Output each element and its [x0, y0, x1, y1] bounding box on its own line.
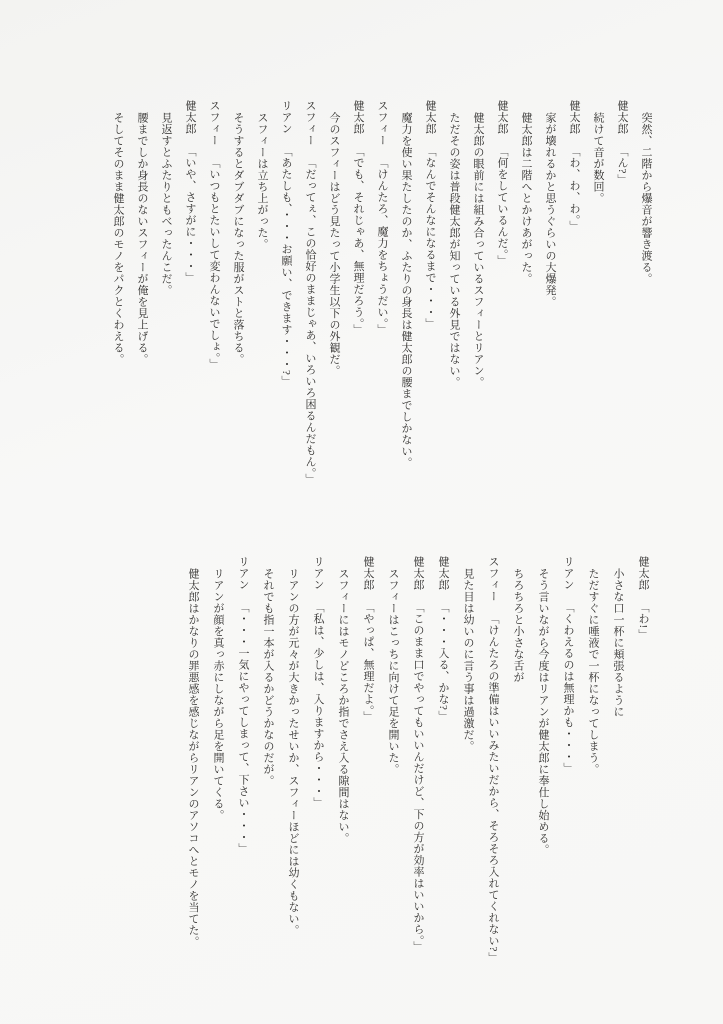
text-column-line: スフィー「だってぇ、この恰好のままじゃあ、いろいろ困るんだもん。」 — [298, 100, 322, 535]
line-text: 「私は、少しは、入りますから・・・」 — [312, 602, 324, 809]
text-column-line: 健太郎「でも、それじゃあ、無理だろう。」 — [346, 100, 370, 535]
line-text: 「けんたろ、魔力をちょうだい。」 — [376, 157, 388, 336]
text-column-line: それでも指一本が入るかどうかなのだが。 — [255, 556, 280, 1004]
text-column-line: 見た目は幼いのに言う事は過激だ。 — [455, 556, 480, 1004]
text-column-line: 健太郎「何をしているんだ。」 — [490, 100, 514, 535]
text-column-line: 健太郎「いや、さすがに・・・」 — [178, 100, 202, 535]
line-text: 「いつもとたいして変わんないでしょ。」 — [208, 157, 220, 370]
line-text: 「・・・一気にやってしまって、下さい・・・」 — [237, 602, 249, 855]
line-text: そう言いながら今度はリアンが健太郎に奉仕し始める。 — [537, 568, 549, 856]
line-text: ただその姿は普段健太郎が知っている外見ではない。 — [448, 112, 460, 388]
text-column-line: 腰までしか身長のないスフィーが俺を見上げる。 — [130, 100, 154, 535]
line-text: 見返すとふたりともべったんこだ。 — [160, 112, 172, 296]
line-text: ただすぐに唾液で一杯になってしまう。 — [587, 568, 599, 775]
line-text: 「・・・入る、かな?」 — [437, 602, 449, 722]
text-column-line: 健太郎「・・・入る、かな?」 — [430, 556, 455, 1004]
line-text: 「何をしているんだ。」 — [496, 146, 508, 267]
text-column-line: 健太郎「このまま口でやってもいいんだけど、下の方が効率はいいから。」 — [405, 556, 430, 1004]
text-column-line: 魔力を使い果たしたのか、ふたりの身長は健太郎の腰までしかない。 — [394, 100, 418, 535]
text-column-line: スフィーはこっちに向けて足を開いた。 — [380, 556, 405, 1004]
text-column-line: リアンの方が元々が大きかったせいか、スフィーほどには幼くもない。 — [280, 556, 305, 1004]
text-column-line: リアン「あたしも、・・・お願い、できます・・・?」 — [274, 100, 298, 535]
text-column-line: スフィーにはモノどころか指でさえ入る隙間はない。 — [330, 556, 355, 1004]
text-column-line: 突然、二階から爆音が響き渡る。 — [634, 100, 658, 535]
speaker-name: 健太郎 — [437, 556, 449, 602]
text-column-line: 健太郎はかなりの罪悪感を感じながらリアンのアソコへとモノを当てた。 — [180, 556, 205, 1004]
line-text: 「やっぱ、無理だよ。」 — [362, 602, 374, 723]
speaker-name: リアン — [562, 556, 574, 602]
text-column-line: 健太郎「やっぱ、無理だよ。」 — [355, 556, 380, 1004]
line-text: スフィーはこっちに向けて足を開いた。 — [387, 568, 399, 775]
line-text: 「くわえるのは無理かも・・・」 — [562, 602, 574, 775]
upper-text-block: 突然、二階から爆音が響き渡る。 健太郎「ん?」 続けて音が数回。 健太郎「わ、わ… — [106, 100, 658, 535]
speaker-name: スフィー — [304, 100, 316, 157]
speaker-name: 健太郎 — [184, 100, 196, 146]
text-column-line: リアンが顔を真っ赤にしながら足を開いてくる。 — [205, 556, 230, 1004]
text-column-line: ただその姿は普段健太郎が知っている外見ではない。 — [442, 100, 466, 535]
line-text: 「わ、わ、わ。」 — [568, 146, 580, 233]
text-column-line: ちろちろと小さな舌が — [505, 556, 530, 1004]
line-text: 「いや、さすがに・・・」 — [184, 146, 196, 284]
speaker-name: 健太郎 — [616, 100, 628, 146]
line-text: そしてそのまま健太郎のモノをパクとくわえる。 — [112, 112, 124, 365]
text-column-line: ただすぐに唾液で一杯になってしまう。 — [580, 556, 605, 1004]
speaker-name: スフィー — [487, 556, 499, 613]
text-column-line: 健太郎「なんでそんなになるまで・・・」 — [418, 100, 442, 535]
text-column-line: そうするとダブダブになった服がストと落ちる。 — [226, 100, 250, 535]
line-text: そうするとダブダブになった服がストと落ちる。 — [232, 112, 244, 365]
line-text: 小さな口一杯に頬張るように — [612, 568, 624, 718]
text-column-line: 見返すとふたりともべったんこだ。 — [154, 100, 178, 535]
text-column-line: スフィー「けんたろの準備はいいみたいだから、そろそろ入れてくれない?」 — [480, 556, 505, 1004]
line-text: 「ん?」 — [616, 146, 628, 186]
scanned-page: 突然、二階から爆音が響き渡る。 健太郎「ん?」 続けて音が数回。 健太郎「わ、わ… — [0, 0, 723, 1024]
line-text: 魔力を使い果たしたのか、ふたりの身長は健太郎の腰までしかない。 — [400, 112, 412, 469]
line-text: それでも指一本が入るかどうかなのだが。 — [262, 568, 274, 787]
lower-text-block: 健太郎「わ!」 小さな口一杯に頬張るように ただすぐに唾液で一杯になってしまう。… — [180, 556, 655, 1004]
text-column-line: リアン「・・・一気にやってしまって、下さい・・・」 — [230, 556, 255, 1004]
text-column-line: スフィーは立ち上がった。 — [250, 100, 274, 535]
line-text: 健太郎はかなりの罪悪感を感じながらリアンのアソコへとモノを当てた。 — [187, 568, 199, 948]
text-column-line: 今のスフィーはどう見たって小学生以下の外観だ。 — [322, 100, 346, 535]
line-text: 健太郎は二階へとかけあがった。 — [520, 112, 532, 285]
speaker-name: 健太郎 — [424, 100, 436, 146]
line-text: 腰までしか身長のないスフィーが俺を見上げる。 — [136, 112, 148, 365]
speaker-name: スフィー — [208, 100, 220, 157]
speaker-name: リアン — [237, 556, 249, 602]
speaker-name: スフィー — [376, 100, 388, 157]
text-column-line: スフィー「けんたろ、魔力をちょうだい。」 — [370, 100, 394, 535]
text-column-line: スフィー「いつもとたいして変わんないでしょ。」 — [202, 100, 226, 535]
line-text: ちろちろと小さな舌が — [512, 568, 524, 683]
text-column-line: そしてそのまま健太郎のモノをパクとくわえる。 — [106, 100, 130, 535]
line-text: 続けて音が数回。 — [592, 112, 604, 204]
text-column-line: 健太郎の眼前には組み合っているスフィーとリアン。 — [466, 100, 490, 535]
line-text: リアンが顔を真っ赤にしながら足を開いてくる。 — [212, 568, 224, 821]
line-text: 「なんでそんなになるまで・・・」 — [424, 146, 436, 330]
text-column-line: 健太郎「ん?」 — [610, 100, 634, 535]
text-column-line: 健太郎「わ、わ、わ。」 — [562, 100, 586, 535]
speaker-name: 健太郎 — [412, 556, 424, 602]
line-text: 「あたしも、・・・お願い、できます・・・?」 — [280, 146, 292, 387]
line-text: リアンの方が元々が大きかったせいか、スフィーほどには幼くもない。 — [287, 568, 299, 936]
speaker-name: 健太郎 — [496, 100, 508, 146]
speaker-name: 健太郎 — [352, 100, 364, 146]
line-text: 健太郎の眼前には組み合っているスフィーとリアン。 — [472, 112, 484, 388]
text-column-line: 続けて音が数回。 — [586, 100, 610, 535]
speaker-name: 健太郎 — [637, 556, 649, 602]
line-text: スフィーにはモノどころか指でさえ入る隙間はない。 — [337, 568, 349, 844]
line-text: 「けんたろの準備はいいみたいだから、そろそろ入れてくれない?」 — [487, 613, 499, 963]
line-text: スフィーは立ち上がった。 — [256, 112, 268, 250]
text-column-line: 家が壊れるかと思うぐらいの大爆発。 — [538, 100, 562, 535]
line-text: 「だってぇ、この恰好のままじゃあ、いろいろ困るんだもん。」 — [304, 157, 316, 485]
line-text: 「わ!」 — [637, 602, 649, 641]
speaker-name: リアン — [280, 100, 292, 146]
text-column-line: リアン「くわえるのは無理かも・・・」 — [555, 556, 580, 1004]
line-text: 家が壊れるかと思うぐらいの大爆発。 — [544, 112, 556, 308]
text-column-line: そう言いながら今度はリアンが健太郎に奉仕し始める。 — [530, 556, 555, 1004]
text-column-line: 健太郎「わ!」 — [630, 556, 655, 1004]
text-column-line: リアン「私は、少しは、入りますから・・・」 — [305, 556, 330, 1004]
speaker-name: リアン — [312, 556, 324, 602]
line-text: 「でも、それじゃあ、無理だろう。」 — [352, 146, 364, 336]
line-text: 今のスフィーはどう見たって小学生以下の外観だ。 — [328, 112, 340, 377]
line-text: 「このまま口でやってもいいんだけど、下の方が効率はいいから。」 — [412, 602, 424, 953]
line-text: 見た目は幼いのに言う事は過激だ。 — [462, 568, 474, 752]
line-text: 突然、二階から爆音が響き渡る。 — [640, 112, 652, 285]
speaker-name: 健太郎 — [568, 100, 580, 146]
text-column-line: 小さな口一杯に頬張るように — [605, 556, 630, 1004]
text-column-line: 健太郎は二階へとかけあがった。 — [514, 100, 538, 535]
speaker-name: 健太郎 — [362, 556, 374, 602]
